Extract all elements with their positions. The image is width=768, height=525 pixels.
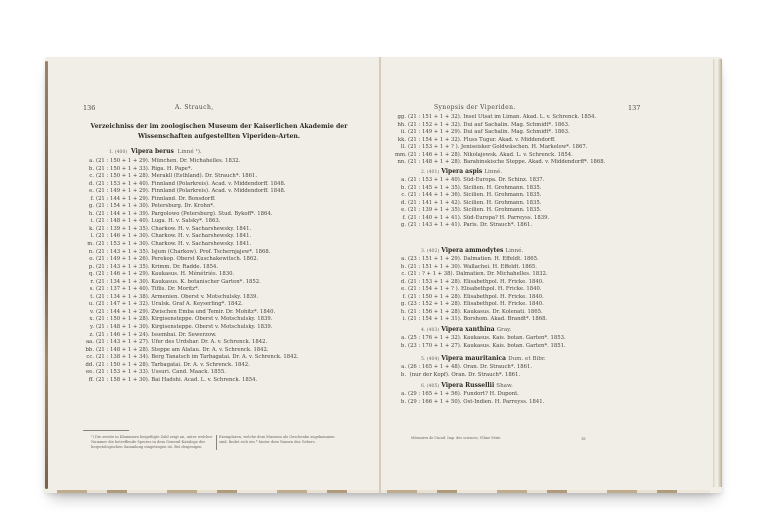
- entry-label: z.: [83, 332, 94, 340]
- specimen-entry: e.(21 : 149 + 1 + 29). Finnland (Polarkr…: [83, 188, 299, 196]
- species-number: 4. (403): [421, 328, 439, 333]
- entry-text: (21 : 134 + 1 + 38). Armenien. Oberst v.…: [96, 294, 258, 300]
- entry-label: d.: [395, 200, 406, 208]
- species-heading: 6. (405)Vipera RusselliiShaw.: [421, 382, 513, 389]
- specimen-list: a.(29 : 165 + 1 + 56). Fundort? H. Dupon…: [395, 391, 544, 406]
- entry-text: (21 : 146 + 1 + 30). Charkow. H. v. Sach…: [96, 233, 251, 239]
- entry-label: t.: [83, 294, 94, 302]
- entry-text: (21 : 150 + 1 + 28). Tarbagatai. Dr. A. …: [96, 362, 250, 368]
- species-heading: 1. (400) Vipera berus Linné ¹).: [109, 148, 202, 155]
- species-heading: 5. (404)Vipera mauritanicaDum. et Bibr.: [421, 355, 546, 362]
- specimen-entry: m.(21 : 153 + 1 + 30). Charkow. H. v. Sa…: [83, 241, 299, 249]
- specimen-entry: nn.(21 : 148 + 1 + 28). Barabinskische S…: [395, 159, 605, 167]
- specimen-entry: y.(21 : 148 + 1 + 30). Kirgisensteppe. O…: [83, 324, 299, 332]
- open-book: 136 A. Strauch, Verzeichniss der im zool…: [45, 57, 722, 493]
- species-author: Gray.: [497, 327, 512, 333]
- specimen-entry: c.(21 : 150 + 1 + 28). Merakll (Esthland…: [83, 173, 299, 181]
- entry-label: ee.: [83, 369, 94, 377]
- entry-label: u.: [83, 301, 94, 309]
- entry-label: aa.: [83, 339, 94, 347]
- entry-label: b.: [395, 343, 406, 351]
- specimen-entry: b.(21 : 151 + 1 + 30). Wallachei. H. Eff…: [395, 264, 548, 272]
- entry-label: b.: [83, 166, 94, 174]
- running-head: A. Strauch,: [175, 104, 214, 111]
- species-name: Vipera mauritanica: [441, 355, 506, 362]
- species-number: 6. (405): [421, 384, 439, 389]
- entry-text: (21 : 153 + 1 + 40). Süd-Europa. Dr. Sch…: [408, 177, 544, 183]
- entry-text: (21 : 147 + 1 + 32). Uralsk. Graf A. Key…: [96, 301, 243, 307]
- entry-text: (21 : 146 + 1 + 24). Issembai. Dr. Sewer…: [96, 332, 217, 338]
- imprint-line: Mémoires de l'Acad. Imp. des sciences, V…: [411, 436, 501, 440]
- specimen-entry: cc.(21 : 138 + 1 + 34). Berg Tanatsch im…: [83, 354, 299, 362]
- entry-label: e.: [395, 286, 406, 294]
- entry-text: (21 : 143 + 1 + 35). Isjum (Charkow). Pr…: [96, 249, 270, 255]
- species-name: Vipera xanthina: [441, 326, 494, 333]
- entry-text: (21 : 141 + 1 + 42). Sicilien. H. Grohma…: [408, 200, 541, 206]
- footnote: ¹) Die zweite in Klammern beigefügte Zah…: [91, 435, 341, 450]
- entry-text: (21 : 150 + 1 + 28). Kirgisensteppe. Obe…: [96, 316, 272, 322]
- species-name: Vipera aspis: [441, 168, 482, 175]
- entry-text: (21 : 149 + 1 + 26). Perekop. Oberst Kus…: [96, 256, 258, 262]
- entry-label: l.: [83, 233, 94, 241]
- entry-label: nn.: [395, 159, 406, 167]
- specimen-entry: a.(25 : 176 + 1 + 32). Kaukasus. Kais. b…: [395, 335, 566, 343]
- species-author: Linné ¹).: [178, 149, 202, 155]
- entry-text: (21 : 144 + 1 + 29). Zwischen Emba und T…: [96, 309, 275, 315]
- specimen-entry: l.(21 : 146 + 1 + 30). Charkow. H. v. Sa…: [83, 233, 299, 241]
- entry-text: (25 : 176 + 1 + 32). Kaukasus. Kais. bot…: [408, 335, 566, 341]
- entry-label: i.: [83, 218, 94, 226]
- species-number: 2. (401): [421, 170, 439, 175]
- printer-signature: 18: [581, 437, 586, 441]
- specimen-entry: e.(21 : 154 + 1 + ? ). Elisabethpol. H. …: [395, 286, 548, 294]
- entry-label: b.: [395, 399, 406, 407]
- entry-label: e.: [395, 207, 406, 215]
- specimen-list: a.(26 : 165 + 1 + 48). Oran. Dr. Strauch…: [395, 364, 532, 379]
- specimen-entry: g.(21 : 143 + 1 + 41). Paris. Dr. Strauc…: [395, 222, 549, 230]
- entry-label: m.: [83, 241, 94, 249]
- continued-specimen-list: gg.(21 : 151 + 1 + 32). Insel Utsat im L…: [395, 114, 605, 167]
- species-heading: 3. (402)Vipera ammodytesLinné.: [421, 247, 523, 254]
- entry-text: (21 : 151 + 1 + 32). Insel Utsat im Lima…: [408, 114, 596, 120]
- entry-text: (26 : 165 + 1 + 48). Oran. Dr. Strauch*.…: [408, 364, 532, 370]
- entry-label: cc.: [83, 354, 94, 362]
- specimen-entry: b.(21 : 150 + 1 + 33). Riga. H. Pape*.: [83, 166, 299, 174]
- entry-text: (21 : 150 + 1 + 29). München. Dr. Michah…: [96, 158, 240, 164]
- entry-text: (21 : 140 + 1 + 41). Süd-Europa? H. Parr…: [408, 215, 549, 221]
- entry-text: (21 : 145 + 1 + 35). Sicilien. H. Grohma…: [408, 185, 541, 191]
- entry-text: (23 : 152 + 1 + 28). Elisabethpol. H. Fr…: [408, 301, 544, 307]
- entry-label: bb.: [83, 347, 94, 355]
- entry-text: (29 : 166 + 1 + 50). Ost-Indien. H. Parr…: [408, 399, 544, 405]
- specimen-entry: aa.(21 : 143 + 1 + 27). Ufer des Urdshar…: [83, 339, 299, 347]
- entry-text: (21 : 150 + 1 + 28). Elisabethpol. H. Fr…: [408, 294, 544, 300]
- species-author: Linné.: [505, 248, 523, 254]
- entry-text: (21 : 139 + 1 + 35). Sicilien. H. Grohma…: [408, 207, 541, 213]
- species-heading: 2. (401)Vipera aspisLinné.: [421, 168, 502, 175]
- entry-label: f.: [395, 215, 406, 223]
- entry-text: (21 : 154 + 1 + 31). Borshom. Akad. Bran…: [408, 316, 547, 322]
- entry-text: (23 : 151 + 1 + 29). Dalmatien. H. Effel…: [408, 256, 539, 262]
- entry-text: (21 : 148 + 1 + 28). Steppe am Alatau. D…: [96, 347, 269, 353]
- entry-label: a.: [395, 256, 406, 264]
- entry-text: (21 : 154 + 1 + ? ). Elisabethpol. H. Fr…: [408, 286, 542, 292]
- specimen-entry: b. (nur der Kopf). Oran. Dr. Strauch*. 1…: [395, 372, 532, 380]
- entry-text: (29 : 165 + 1 + 56). Fundort? H. Dupont.: [408, 391, 519, 397]
- entry-text: (21 : 150 + 1 + 28). Merakll (Esthland).…: [96, 173, 257, 179]
- entry-label: ff.: [83, 377, 94, 385]
- species-number: 5. (404): [421, 357, 439, 362]
- specimen-entry: ee.(21 : 153 + 1 + 33). Ussuri. Cand. Ma…: [83, 369, 299, 377]
- entry-text: (21 : 154 + 1 + 30). Petersburg. Dr. Kro…: [96, 203, 215, 209]
- entry-text: (21 : 153 + 1 + 33). Ussuri. Cand. Maack…: [96, 369, 226, 375]
- entry-text: (nur der Kopf). Oran. Dr. Strauch*. 1861…: [408, 372, 520, 378]
- entry-text: (21 : 150 + 1 + 33). Riga. H. Pape*.: [96, 166, 192, 172]
- entry-label: b.: [395, 264, 406, 272]
- entry-label: g.: [83, 203, 94, 211]
- entry-label: k.: [83, 226, 94, 234]
- entry-label: dd.: [83, 362, 94, 370]
- specimen-entry: hh.(21 : 152 + 1 + 32). Dui auf Sachalin…: [395, 122, 605, 130]
- entry-label: g.: [395, 301, 406, 309]
- specimen-list: a.(21 : 150 + 1 + 29). München. Dr. Mich…: [83, 158, 299, 384]
- entry-text: (21 : 148 + 1 + 30). Kirgisensteppe. Obe…: [96, 324, 272, 330]
- entry-label: h.: [83, 211, 94, 219]
- entry-text: (21 : 151 + 1 + 30). Wallachei. H. Effel…: [408, 264, 537, 270]
- species-name: Vipera ammodytes: [441, 247, 503, 254]
- entry-label: g.: [395, 222, 406, 230]
- entry-text: (21 : 143 + 1 + 27). Ufer des Urdshar. D…: [96, 339, 267, 345]
- specimen-entry: i.(21 : 148 + 1 + 40). Luga. H. v. Salsk…: [83, 218, 299, 226]
- entry-text: (21 : 137 + 1 + 40). Tiflis. Dr. Moritz*…: [96, 286, 199, 292]
- entry-label: r.: [83, 279, 94, 287]
- entry-text: (21 : ? + 1 + 38). Dalmatien. Dr. Michah…: [408, 271, 548, 277]
- entry-text: (21 : 143 + 1 + 35). Krimm. Dr. Radde. 1…: [96, 264, 218, 270]
- footnote-divider: [83, 430, 129, 431]
- entry-text: (21 : 148 + 1 + 28). Barabinskische Step…: [408, 159, 605, 165]
- specimen-entry: a.(21 : 153 + 1 + 40). Süd-Europa. Dr. S…: [395, 177, 549, 185]
- specimen-entry: a.(29 : 165 + 1 + 56). Fundort? H. Dupon…: [395, 391, 544, 399]
- entry-text: (21 : 149 + 1 + 29). Finnland (Polarkrei…: [96, 188, 286, 194]
- entry-text: (21 : 152 + 1 + 32). Dui auf Sachalin. M…: [408, 122, 570, 128]
- entry-label: i.: [395, 316, 406, 324]
- species-name: Vipera berus: [131, 148, 174, 155]
- right-page: Synopsis der Viperiden. 137 gg.(21 : 151…: [381, 57, 714, 493]
- entry-label: a.: [83, 158, 94, 166]
- page-number: 136: [83, 104, 95, 112]
- page-number: 137: [628, 104, 640, 112]
- entry-label: c.: [395, 271, 406, 279]
- specimen-entry: o.(21 : 149 + 1 + 26). Perekop. Oberst K…: [83, 256, 299, 264]
- running-head: Synopsis der Viperiden.: [434, 104, 516, 111]
- entry-label: f.: [83, 196, 94, 204]
- entry-label: d.: [395, 279, 406, 287]
- entry-label: c.: [83, 173, 94, 181]
- entry-text: (21 : 143 + 1 + 41). Paris. Dr. Strauch*…: [408, 222, 532, 228]
- specimen-entry: z.(21 : 146 + 1 + 24). Issembai. Dr. Sew…: [83, 332, 299, 340]
- entry-label: p.: [83, 264, 94, 272]
- entry-label: hh.: [395, 122, 406, 130]
- entry-text: (21 : 153 + 1 + 40). Finnland (Polarkrei…: [96, 181, 286, 187]
- specimen-entry: n.(21 : 143 + 1 + 35). Isjum (Charkow). …: [83, 249, 299, 257]
- page-stack-right-edge: [713, 59, 722, 487]
- entry-label: o.: [83, 256, 94, 264]
- specimen-entry: c.(21 : 144 + 1 + 36). Sicilien. H. Groh…: [395, 192, 549, 200]
- entry-text: (23 : 170 + 1 + 27). Kaukasus. Kais. bot…: [408, 343, 566, 349]
- specimen-entry: b.(29 : 166 + 1 + 50). Ost-Indien. H. Pa…: [395, 399, 544, 407]
- entry-text: (21 : 144 + 1 + 29). Finnland. Dr. Bonsd…: [96, 196, 216, 202]
- entry-label: v.: [83, 309, 94, 317]
- page-title: Verzeichniss der im zoologischen Museum …: [83, 122, 355, 141]
- species-number: 3. (402): [421, 249, 439, 254]
- entry-label: e.: [83, 188, 94, 196]
- entry-text: (21 : 149 + 1 + 29). Dui auf Sachalin. M…: [408, 129, 570, 135]
- species-heading: 4. (403)Vipera xanthinaGray.: [421, 326, 511, 333]
- specimen-entry: a.(21 : 150 + 1 + 29). München. Dr. Mich…: [83, 158, 299, 166]
- entry-label: s.: [83, 286, 94, 294]
- specimen-entry: ii.(21 : 149 + 1 + 29). Dui auf Sachalin…: [395, 129, 605, 137]
- entry-text: (21 : 153 + 1 + 30). Charkow. H. v. Sach…: [96, 241, 251, 247]
- entry-text: (21 : 158 + 1 + 30). Bai Hadshi. Acad. L…: [96, 377, 257, 383]
- entry-text: (21 : 153 + 1 + 28). Elisabethpol. H. Fr…: [408, 279, 544, 285]
- specimen-entry: ff.(21 : 158 + 1 + 30). Bai Hadshi. Acad…: [83, 377, 299, 385]
- entry-label: c.: [395, 192, 406, 200]
- entry-label: mm.: [395, 152, 406, 160]
- entry-text: (21 : 146 + 1 + 29). Kaukasus. H. Ménétr…: [96, 271, 234, 277]
- entry-label: q.: [83, 271, 94, 279]
- species-author: Shaw.: [496, 383, 513, 389]
- species-author: Dum. et Bibr.: [508, 356, 546, 362]
- entry-label: a.: [395, 391, 406, 399]
- specimen-entry: i.(21 : 154 + 1 + 31). Borshom. Akad. Br…: [395, 316, 548, 324]
- entry-text: (21 : 153 + 1 + ? ). Jeniseisker Goldwäs…: [408, 144, 587, 150]
- specimen-entry: c.(21 : ? + 1 + 38). Dalmatien. Dr. Mich…: [395, 271, 548, 279]
- entry-text: (21 : 139 + 1 + 35). Charkow. H. v. Sach…: [96, 226, 251, 232]
- species-name: Vipera Russellii: [441, 382, 494, 389]
- entry-label: ll.: [395, 144, 406, 152]
- entry-text: (21 : 148 + 1 + 40). Luga. H. v. Salsky*…: [96, 218, 220, 224]
- specimen-entry: gg.(21 : 151 + 1 + 32). Insel Utsat im L…: [395, 114, 605, 122]
- entry-label: kk.: [395, 137, 406, 145]
- entry-text: (21 : 144 + 1 + 36). Sicilien. H. Grohma…: [408, 192, 541, 198]
- entry-text: (21 : 144 + 1 + 39). Pargolowo (Petersbu…: [96, 211, 272, 217]
- entry-text: (21 : 156 + 1 + 28). Kaukasus. Dr. Kolen…: [408, 309, 543, 315]
- species-number: 1. (400): [109, 150, 127, 155]
- entry-label: x.: [83, 316, 94, 324]
- entry-label: b.: [395, 185, 406, 193]
- specimen-entry: x.(21 : 150 + 1 + 28). Kirgisensteppe. O…: [83, 316, 299, 324]
- specimen-entry: u.(21 : 147 + 1 + 32). Uralsk. Graf A. K…: [83, 301, 299, 309]
- entry-text: (21 : 138 + 1 + 34). Berg Tanatsch im Ta…: [96, 354, 299, 360]
- entry-label: ii.: [395, 129, 406, 137]
- entry-text: (21 : 134 + 1 + 30). Kaukasus. K. botani…: [96, 279, 261, 285]
- entry-label: a.: [395, 335, 406, 343]
- entry-label: h.: [395, 309, 406, 317]
- specimen-list: a.(25 : 176 + 1 + 32). Kaukasus. Kais. b…: [395, 335, 566, 350]
- entry-label: n.: [83, 249, 94, 257]
- entry-label: gg.: [395, 114, 406, 122]
- specimen-entry: a.(26 : 165 + 1 + 48). Oran. Dr. Strauch…: [395, 364, 532, 372]
- entry-label: a.: [395, 177, 406, 185]
- specimen-entry: g.(21 : 154 + 1 + 30). Petersburg. Dr. K…: [83, 203, 299, 211]
- species-author: Linné.: [484, 169, 502, 175]
- entry-label: y.: [83, 324, 94, 332]
- specimen-entry: g.(23 : 152 + 1 + 28). Elisabethpol. H. …: [395, 301, 548, 309]
- specimen-entry: a.(23 : 151 + 1 + 29). Dalmatien. H. Eff…: [395, 256, 548, 264]
- specimen-entry: b.(23 : 170 + 1 + 27). Kaukasus. Kais. b…: [395, 343, 566, 351]
- specimen-entry: b.(21 : 145 + 1 + 35). Sicilien. H. Groh…: [395, 185, 549, 193]
- specimen-entry: e.(21 : 139 + 1 + 35). Sicilien. H. Groh…: [395, 207, 549, 215]
- specimen-entry: s.(21 : 137 + 1 + 40). Tiflis. Dr. Morit…: [83, 286, 299, 294]
- specimen-entry: q.(21 : 146 + 1 + 29). Kaukasus. H. Méné…: [83, 271, 299, 279]
- entry-text: (21 : 154 + 1 + 32). Fluss Tugur. Akad. …: [408, 137, 556, 143]
- left-page: 136 A. Strauch, Verzeichniss der im zool…: [45, 57, 380, 493]
- entry-label: d.: [83, 181, 94, 189]
- entry-text: (21 : 146 + 1 + 28). Nikolajewsk. Akad. …: [408, 152, 573, 158]
- specimen-list: a.(21 : 153 + 1 + 40). Süd-Europa. Dr. S…: [395, 177, 549, 230]
- specimen-entry: ll.(21 : 153 + 1 + ? ). Jeniseisker Gold…: [395, 144, 605, 152]
- specimen-list: a.(23 : 151 + 1 + 29). Dalmatien. H. Eff…: [395, 256, 548, 324]
- entry-label: a.: [395, 364, 406, 372]
- entry-label: b.: [395, 372, 406, 380]
- entry-label: f.: [395, 294, 406, 302]
